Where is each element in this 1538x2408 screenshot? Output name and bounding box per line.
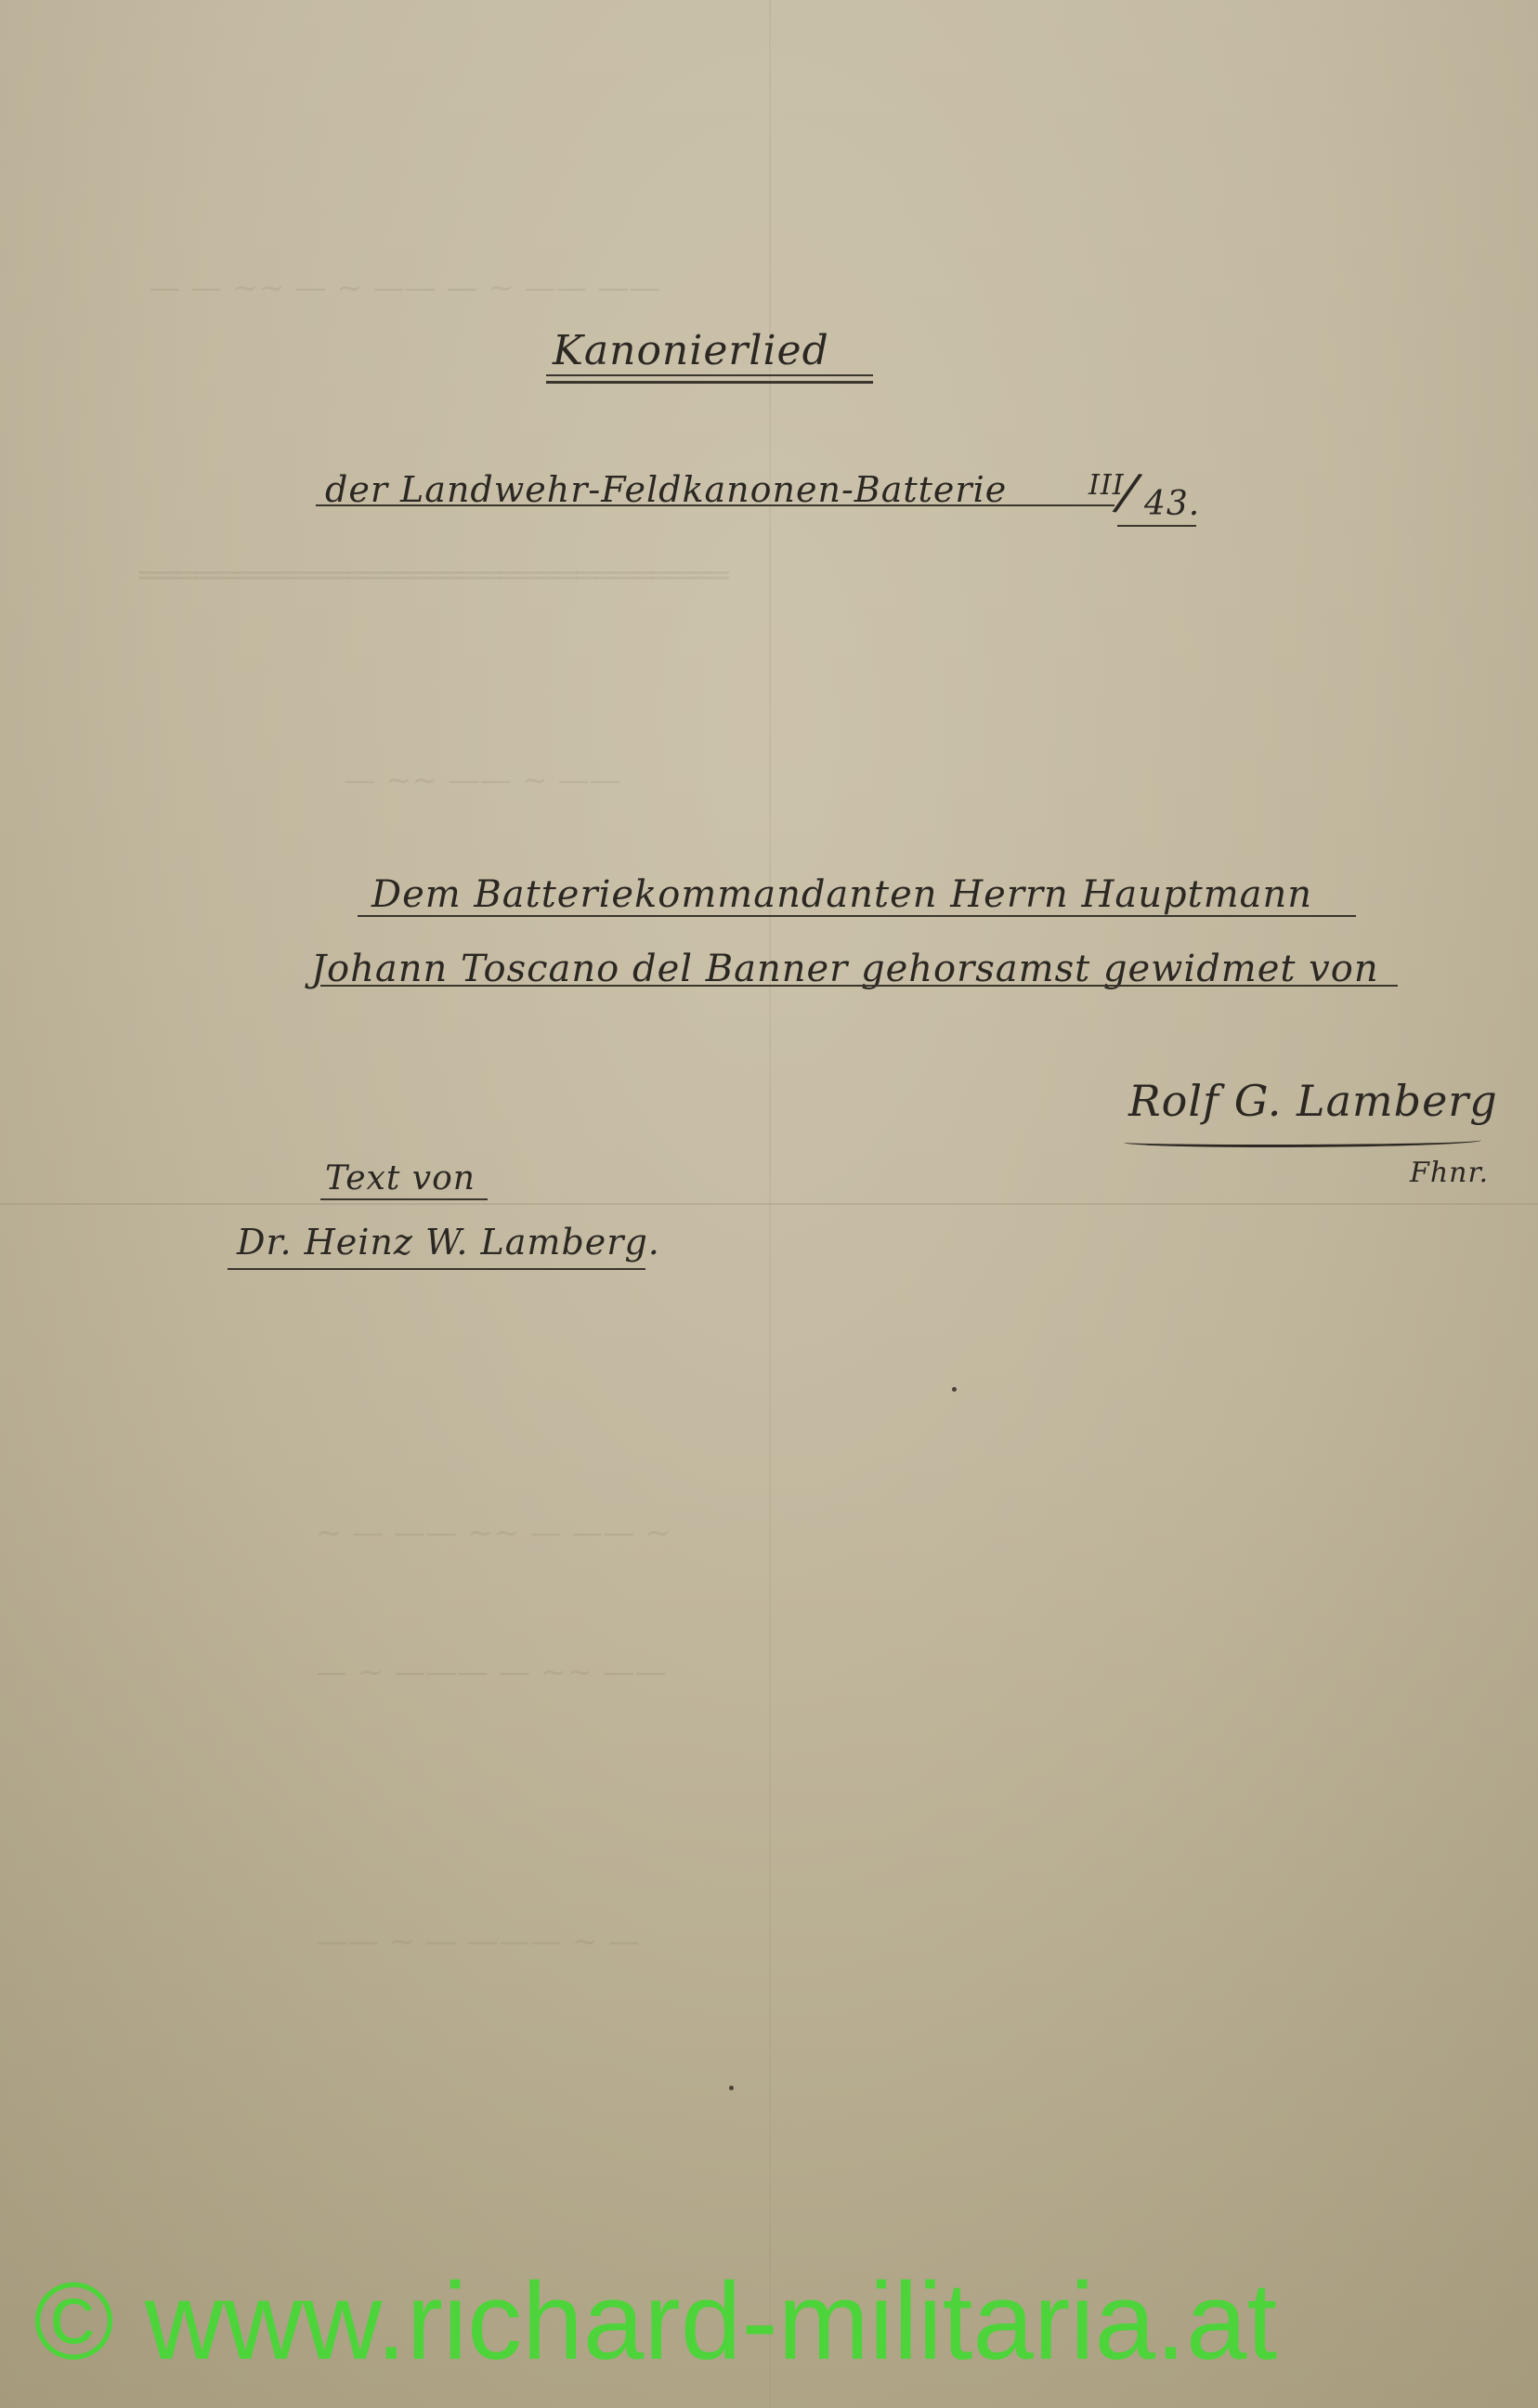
text-by-label: Text von [325,1159,476,1197]
title-underline-double [546,381,873,384]
dedication-underline-1 [358,915,1356,917]
subtitle-underline [316,504,1114,506]
copyright-watermark: © www.richard-militaria.at [33,2267,1277,2376]
dedication-underline-2 [320,985,1398,987]
bleed-through-text: —— ~ — ——— ~ — [316,1923,640,1960]
battery-number-underline [1117,525,1196,527]
text-author-underline [228,1268,645,1270]
bleed-through-text: — — ~~ — ~ —— — ~ —— —— [149,269,660,307]
paper-speck [729,2086,734,2090]
bleed-through-text: ~ — —— ~~ — —— ~ [316,1514,671,1551]
bleed-through-text: — ~ ——— — ~~ —— [316,1654,667,1691]
text-by-underline [320,1198,488,1200]
battery-number: 43. [1144,485,1200,523]
document-title: Kanonierlied [553,327,829,374]
bleed-through-staff: ═══════════════════════════════ [139,557,729,595]
paper-speck [952,1387,957,1392]
title-underline [546,374,873,376]
signature: Rolf G. Lamberg [1128,1076,1498,1126]
dedication-line-1: Dem Batteriekommandanten Herrn Hauptmann [371,873,1312,916]
bleed-through-text: — ~~ —— ~ —— [344,762,621,799]
signature-rank: Fhnr. [1410,1157,1489,1189]
text-author: Dr. Heinz W. Lamberg. [237,1222,660,1263]
